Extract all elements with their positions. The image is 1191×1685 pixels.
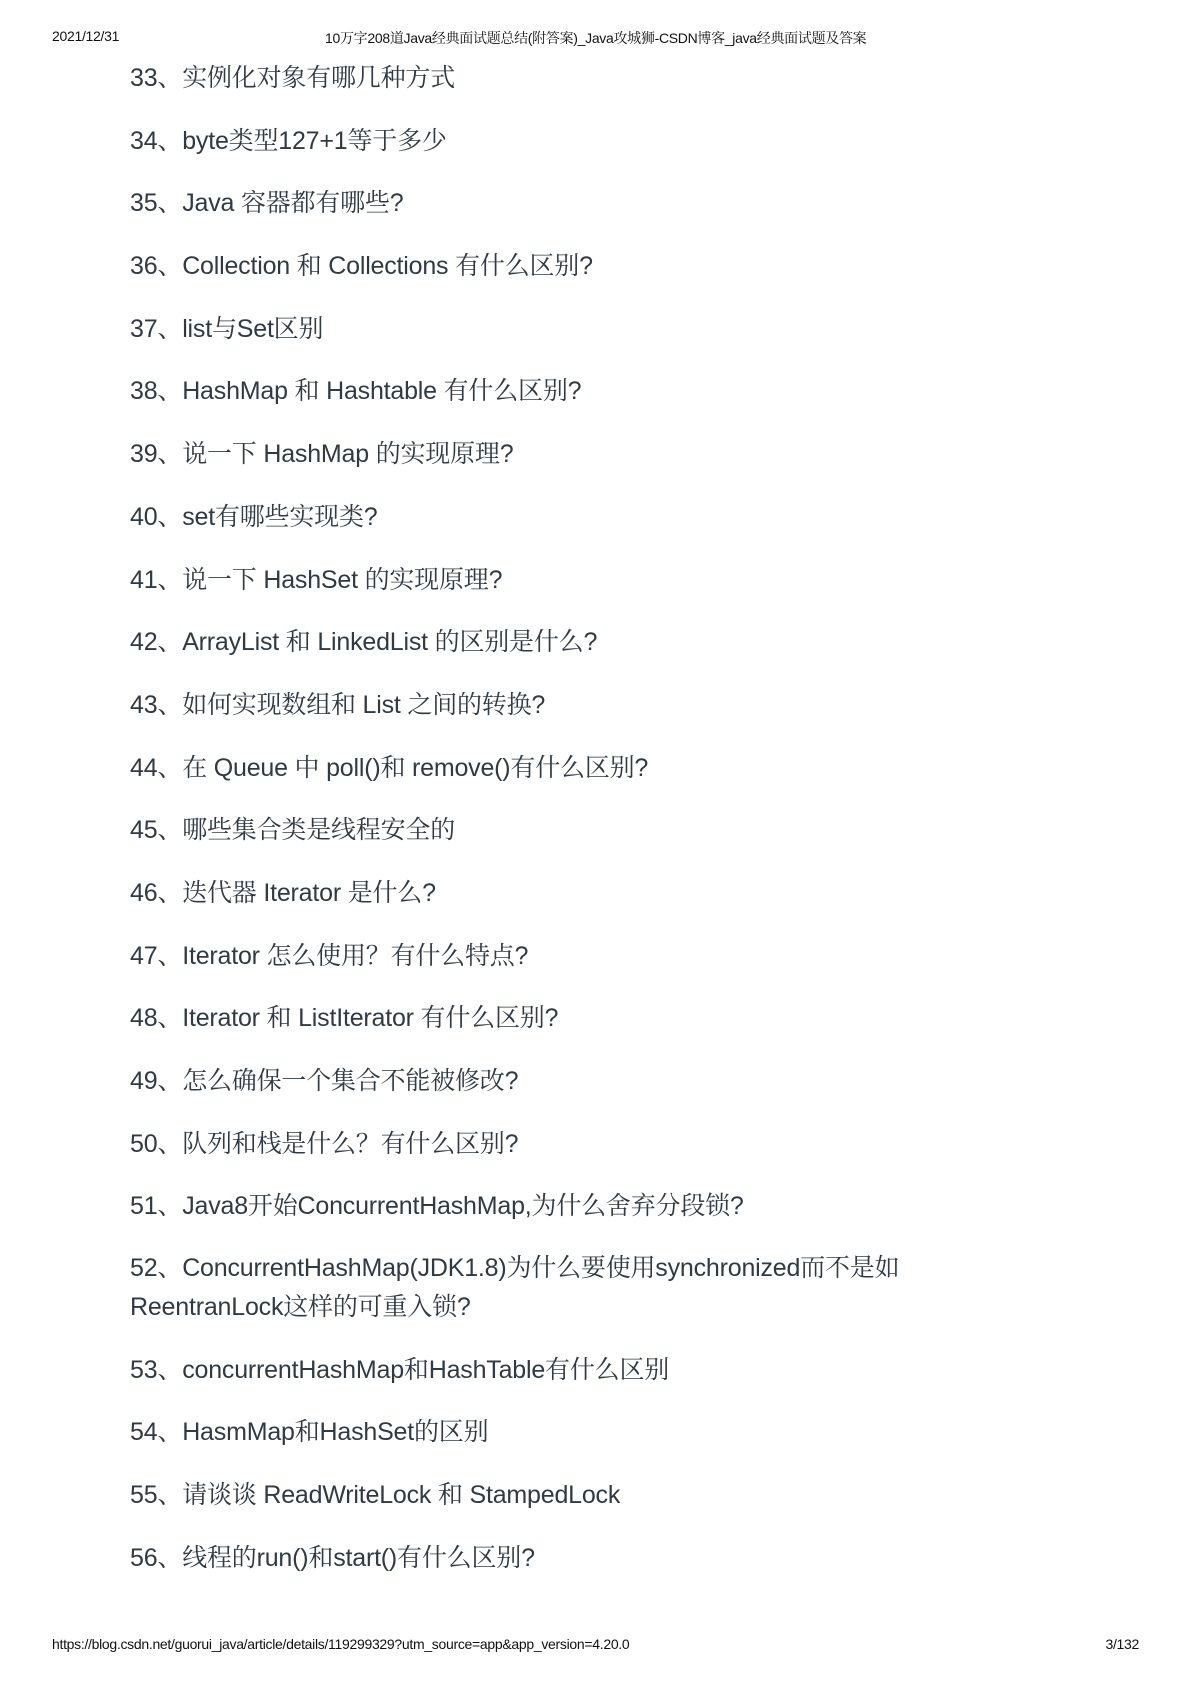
question-item-38: 38、HashMap 和 Hashtable 有什么区别? <box>130 371 980 411</box>
question-item-47: 47、Iterator 怎么使用？有什么特点? <box>130 936 980 976</box>
question-item-55: 55、请谈谈 ReadWriteLock 和 StampedLock <box>130 1475 980 1515</box>
question-item-54: 54、HasmMap和HashSet的区别 <box>130 1412 980 1452</box>
question-item-45: 45、哪些集合类是线程安全的 <box>130 810 980 850</box>
page-indicator: 3/132 <box>1105 1636 1139 1652</box>
question-item-56: 56、线程的run()和start()有什么区别? <box>130 1538 980 1578</box>
document-title: 10万字208道Java经典面试题总结(附答案)_Java攻城狮-CSDN博客_… <box>325 28 866 48</box>
question-item-53: 53、concurrentHashMap和HashTable有什么区别 <box>130 1350 980 1390</box>
question-item-40: 40、set有哪些实现类? <box>130 497 980 537</box>
question-item-48: 48、Iterator 和 ListIterator 有什么区别? <box>130 998 980 1038</box>
question-item-41: 41、说一下 HashSet 的实现原理? <box>130 560 980 600</box>
question-item-50: 50、队列和栈是什么？有什么区别? <box>130 1124 980 1164</box>
question-item-42: 42、ArrayList 和 LinkedList 的区别是什么? <box>130 622 980 662</box>
question-item-49: 49、怎么确保一个集合不能被修改? <box>130 1061 980 1101</box>
question-item-35: 35、Java 容器都有哪些? <box>130 183 980 223</box>
question-item-44: 44、在 Queue 中 poll()和 remove()有什么区别? <box>130 748 980 788</box>
source-url: https://blog.csdn.net/guorui_java/articl… <box>52 1636 629 1652</box>
question-item-37: 37、list与Set区别 <box>130 309 980 349</box>
question-item-52: 52、ConcurrentHashMap(JDK1.8)为什么要使用synchr… <box>130 1249 980 1327</box>
question-list: 33、实例化对象有哪几种方式 34、byte类型127+1等于多少 35、Jav… <box>130 58 980 1601</box>
question-item-33: 33、实例化对象有哪几种方式 <box>130 58 980 98</box>
question-item-46: 46、迭代器 Iterator 是什么? <box>130 873 980 913</box>
question-item-43: 43、如何实现数组和 List 之间的转换? <box>130 685 980 725</box>
page-footer: https://blog.csdn.net/guorui_java/articl… <box>0 1636 1191 1656</box>
question-item-51: 51、Java8开始ConcurrentHashMap,为什么舍弃分段锁? <box>130 1186 980 1226</box>
question-item-36: 36、Collection 和 Collections 有什么区别? <box>130 246 980 286</box>
question-item-34: 34、byte类型127+1等于多少 <box>130 121 980 161</box>
print-date: 2021/12/31 <box>52 28 119 44</box>
question-item-39: 39、说一下 HashMap 的实现原理? <box>130 434 980 474</box>
page-header: 2021/12/31 10万字208道Java经典面试题总结(附答案)_Java… <box>0 28 1191 48</box>
